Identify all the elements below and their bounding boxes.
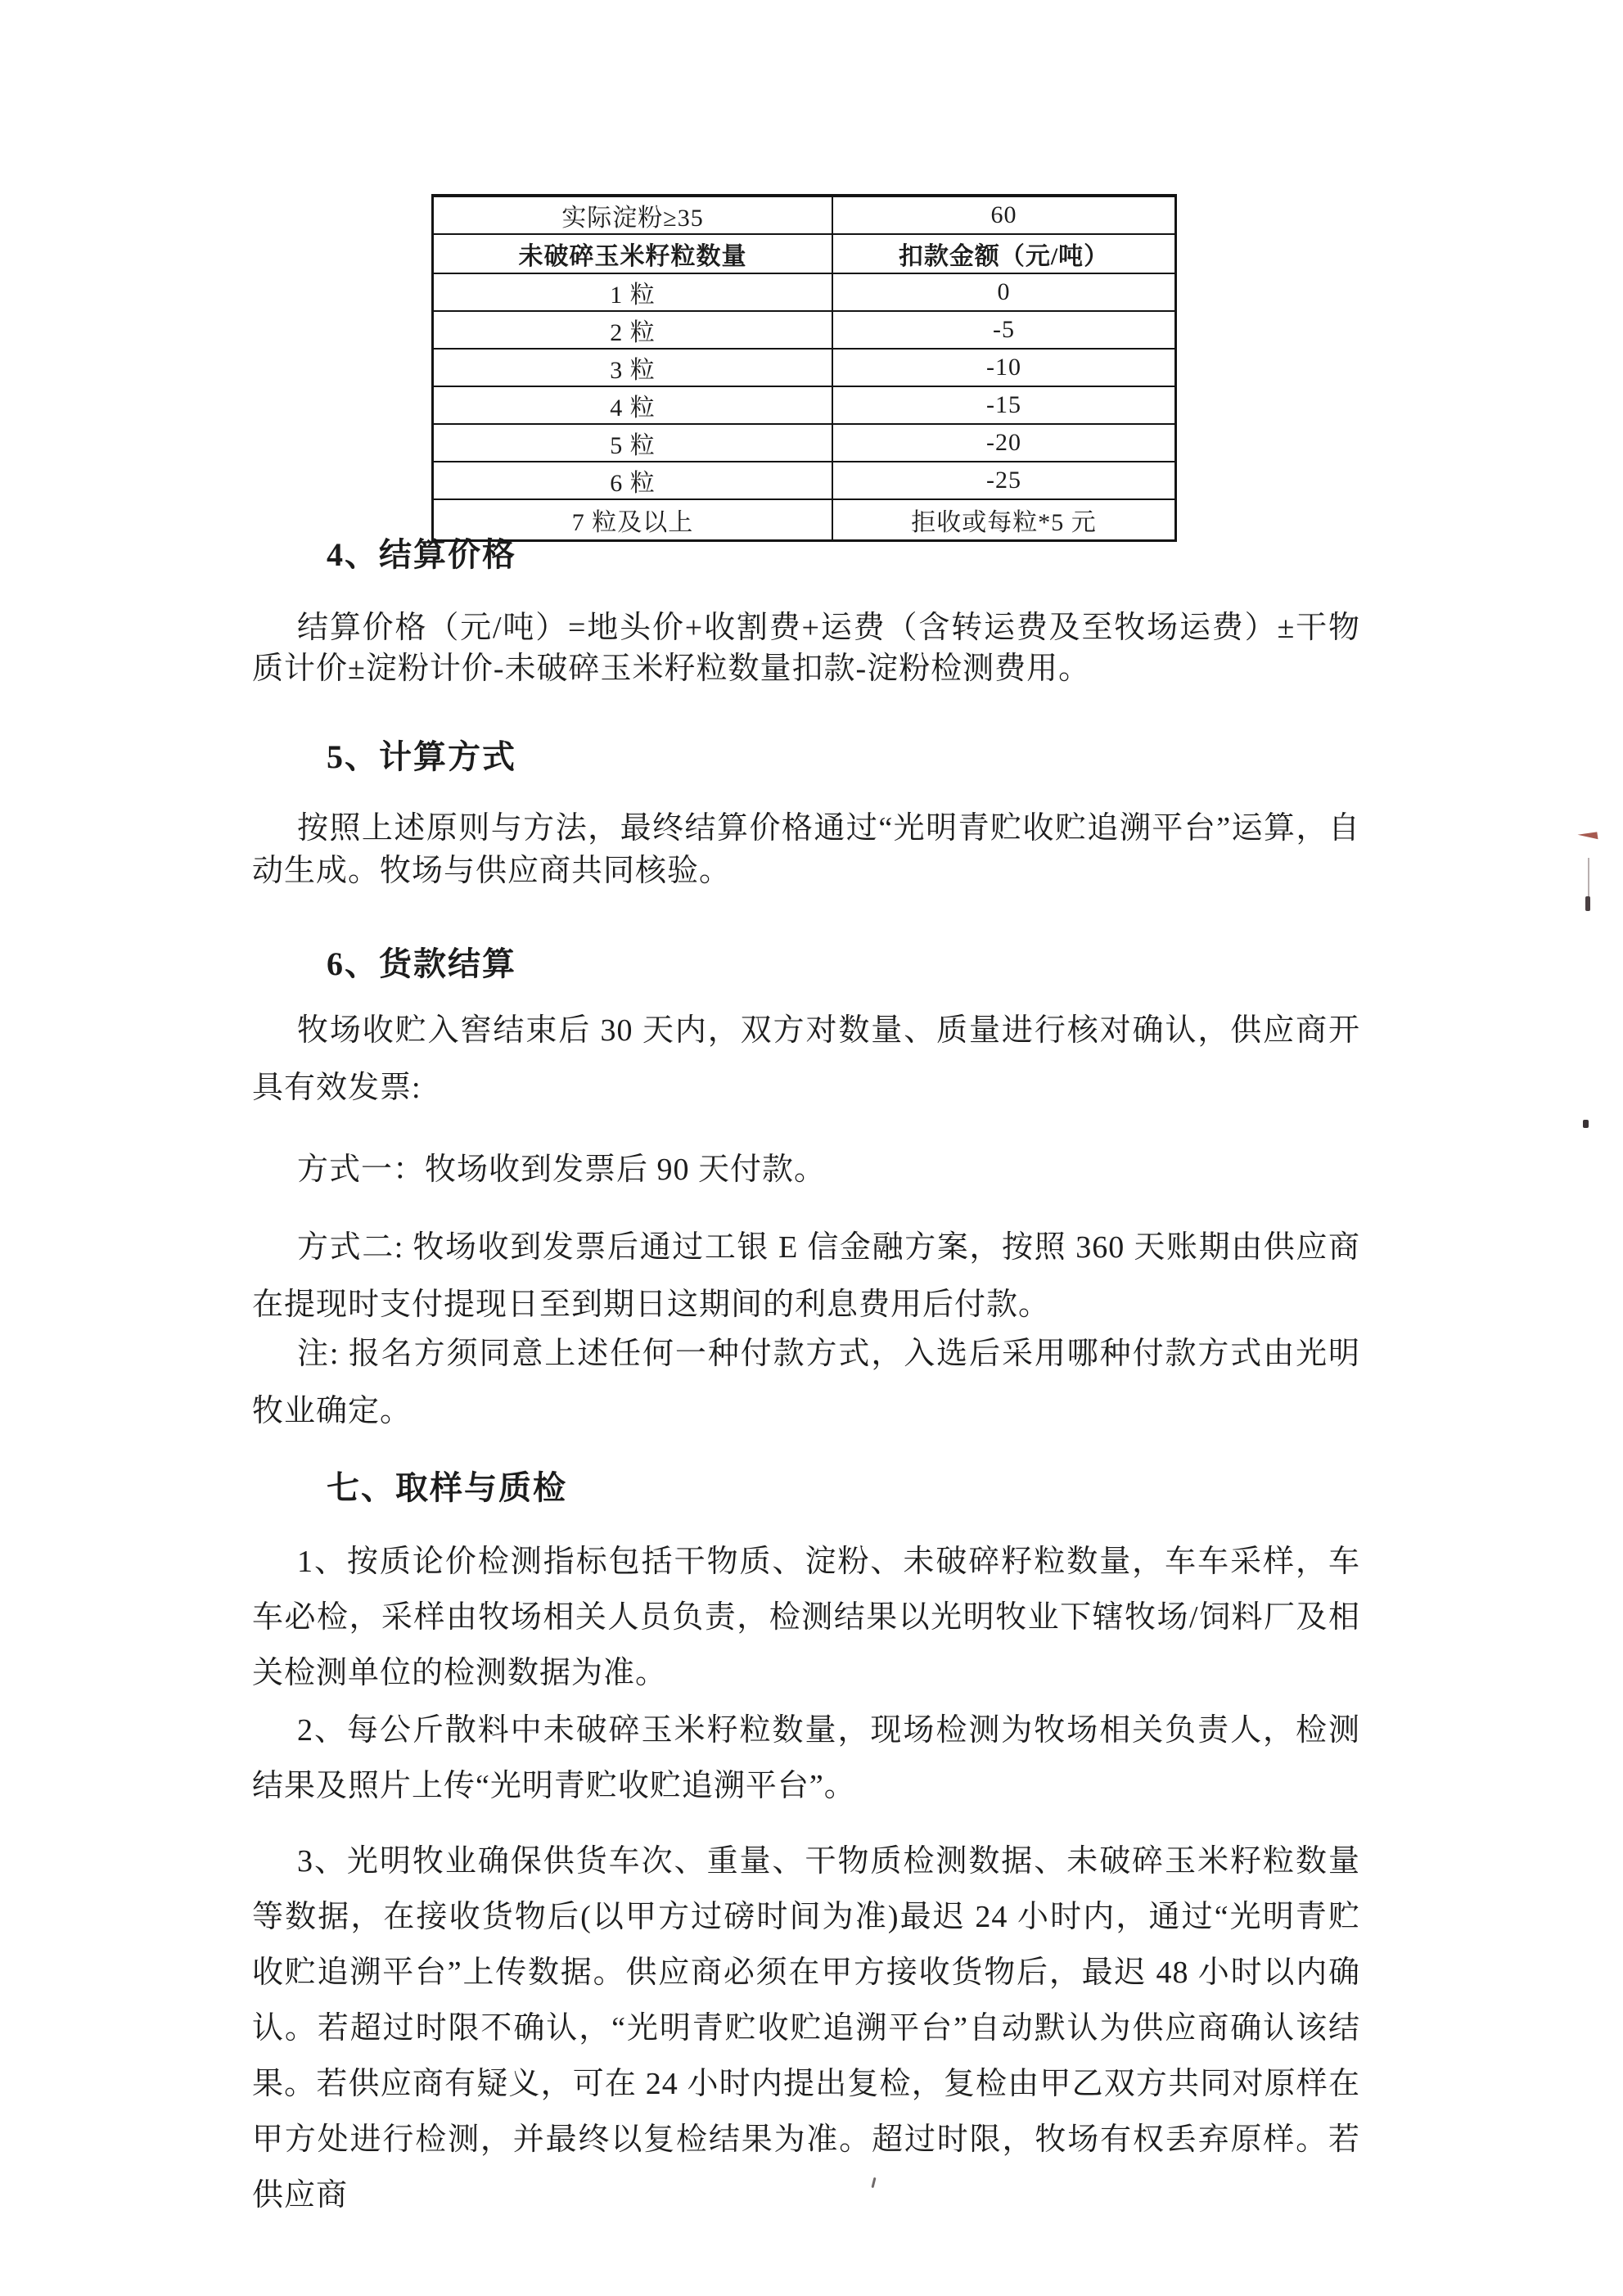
kernel-count-cell: 1 粒 [433, 273, 833, 311]
payment-note-paragraph: 注: 报名方须同意上述任何一种付款方式，入选后采用哪种付款方式由光明牧业确定。 [252, 1325, 1360, 1440]
kernel-count-cell: 2 粒 [433, 311, 833, 349]
kernel-count-header-cell: 未破碎玉米籽粒数量 [433, 234, 833, 273]
payment-option1-paragraph: 方式一：牧场收到发票后 90 天付款。 [252, 1141, 1360, 1198]
section-heading-settlement-price: 4、结算价格 [327, 529, 516, 575]
starch-level-cell: 实际淀粉≥35 [433, 196, 833, 234]
table-header-row: 未破碎玉米籽粒数量 扣款金额（元/吨） [433, 234, 1176, 273]
kernel-count-cell: 6 粒 [433, 462, 833, 499]
table-row: 7 粒及以上 拒收或每粒*5 元 [433, 499, 1176, 541]
deduction-cell: -25 [832, 462, 1176, 499]
deduction-cell: 拒收或每粒*5 元 [832, 499, 1176, 541]
section-heading-sampling-inspection: 七、取样与质检 [327, 1462, 567, 1509]
table-row: 实际淀粉≥35 60 [433, 196, 1176, 234]
deduction-cell: -15 [832, 386, 1176, 424]
deduction-cell: 0 [832, 273, 1176, 311]
document-page: 实际淀粉≥35 60 未破碎玉米籽粒数量 扣款金额（元/吨） 1 粒 0 2 粒… [0, 0, 1623, 2296]
calculation-method-paragraph: 按照上述原则与方法，最终结算价格通过“光明青贮收贮追溯平台”运算，自动生成。牧场… [252, 807, 1360, 892]
table-row: 1 粒 0 [433, 273, 1176, 311]
settlement-price-paragraph: 结算价格（元/吨）=地头价+收割费+运费（含转运费及至牧场运费）±干物质计价±淀… [252, 607, 1360, 689]
starch-value-cell: 60 [832, 196, 1176, 234]
scan-scratch-tip [1585, 896, 1590, 911]
section-heading-payment-settlement: 6、货款结算 [327, 938, 516, 985]
table-row: 5 粒 -20 [433, 424, 1176, 462]
deduction-table: 实际淀粉≥35 60 未破碎玉米籽粒数量 扣款金额（元/吨） 1 粒 0 2 粒… [431, 194, 1177, 542]
sampling-item1-paragraph: 1、按质论价检测指标包括干物质、淀粉、未破碎籽粒数量，车车采样，车车必检，采样由… [252, 1534, 1360, 1701]
scan-dot-artifact [1583, 1120, 1589, 1128]
table-row: 3 粒 -10 [433, 349, 1176, 386]
deduction-cell: -20 [832, 424, 1176, 462]
scan-scratch-line [1588, 858, 1589, 900]
section-heading-calculation-method: 5、计算方式 [327, 731, 516, 778]
deduction-cell: -5 [832, 311, 1176, 349]
deduction-header-cell: 扣款金额（元/吨） [832, 234, 1176, 273]
payment-settlement-paragraph: 牧场收贮入窖结束后 30 天内，双方对数量、质量进行核对确认，供应商开具有效发票… [252, 1002, 1360, 1116]
sampling-item2-paragraph: 2、每公斤散料中未破碎玉米籽粒数量，现场检测为牧场相关负责人，检测结果及照片上传… [252, 1703, 1360, 1814]
table-row: 6 粒 -25 [433, 462, 1176, 499]
kernel-count-cell: 5 粒 [433, 424, 833, 462]
table-row: 2 粒 -5 [433, 311, 1176, 349]
payment-option2-paragraph: 方式二: 牧场收到发票后通过工银 E 信金融方案，按照 360 天账期由供应商在… [252, 1219, 1360, 1333]
kernel-count-cell: 3 粒 [433, 349, 833, 386]
deduction-cell: -10 [832, 349, 1176, 386]
table-row: 4 粒 -15 [433, 386, 1176, 424]
sampling-item3-paragraph: 3、光明牧业确保供货车次、重量、干物质检测数据、未破碎玉米籽粒数量等数据，在接收… [252, 1834, 1360, 2223]
scan-red-mark [1577, 832, 1598, 841]
kernel-count-cell: 4 粒 [433, 386, 833, 424]
